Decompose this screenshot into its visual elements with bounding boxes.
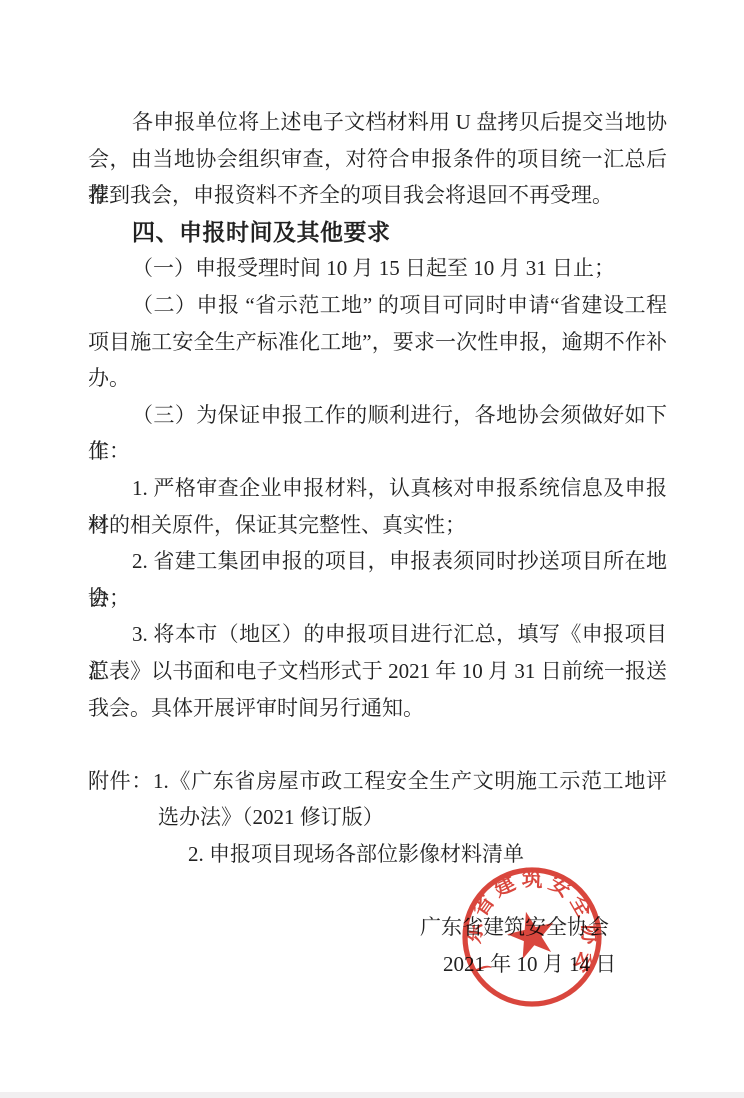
doc-line: 3. 将本市（地区）的申报项目进行汇总，填写《申报项目汇: [88, 616, 667, 653]
doc-line: （三）为保证申报工作的顺利进行，各地协会须做好如下工: [88, 397, 667, 434]
official-seal-stamp-icon: 广东省建筑安全协会: [452, 856, 612, 1016]
doc-line: 各申报单位将上述电子文档材料用 U 盘拷贝后提交当地协: [88, 104, 667, 141]
doc-line: 会，由当地协会组织审查，对符合申报条件的项目统一汇总后推: [88, 141, 667, 178]
attachment-line-1: 附件：1.《广东省房屋市政工程安全生产文明施工示范工地评: [88, 763, 667, 800]
attachment-line-2: 选办法》（2021 修订版）: [88, 799, 667, 836]
doc-line: 办。: [88, 360, 667, 397]
doc-line: 会；: [88, 580, 667, 617]
section-heading: 四、申报时间及其他要求: [88, 214, 667, 251]
doc-line: （一）申报受理时间 10 月 15 日起至 10 月 31 日止；: [88, 250, 667, 287]
document-body: 各申报单位将上述电子文档材料用 U 盘拷贝后提交当地协会，由当地协会组织审查，对…: [88, 104, 667, 982]
doc-line: [88, 726, 667, 763]
doc-line: （二）申报 “省示范工地” 的项目可同时申请“省建设工程: [88, 287, 667, 324]
seal-group: 广东省建筑安全协会: [461, 866, 602, 1004]
doc-line: 我会。具体开展评审时间另行通知。: [88, 690, 667, 727]
doc-line: 项目施工安全生产标准化工地”，要求一次性申报，逾期不作补: [88, 324, 667, 361]
doc-line: 1. 严格审查企业申报材料，认真核对申报系统信息及申报材: [88, 470, 667, 507]
doc-line: 2. 省建工集团申报的项目，申报表须同时抄送项目所在地协: [88, 543, 667, 580]
page-bottom-edge: [0, 1092, 744, 1098]
document-page: 各申报单位将上述电子文档材料用 U 盘拷贝后提交当地协会，由当地协会组织审查，对…: [0, 0, 744, 1098]
doc-line: 料的相关原件，保证其完整性、真实性；: [88, 507, 667, 544]
doc-line: 作：: [88, 433, 667, 470]
doc-line: 总表》以书面和电子文档形式于 2021 年 10 月 31 日前统一报送: [88, 653, 667, 690]
seal-star-icon: [503, 906, 560, 961]
doc-line: 荐到我会，申报资料不齐全的项目我会将退回不再受理。: [88, 177, 667, 214]
